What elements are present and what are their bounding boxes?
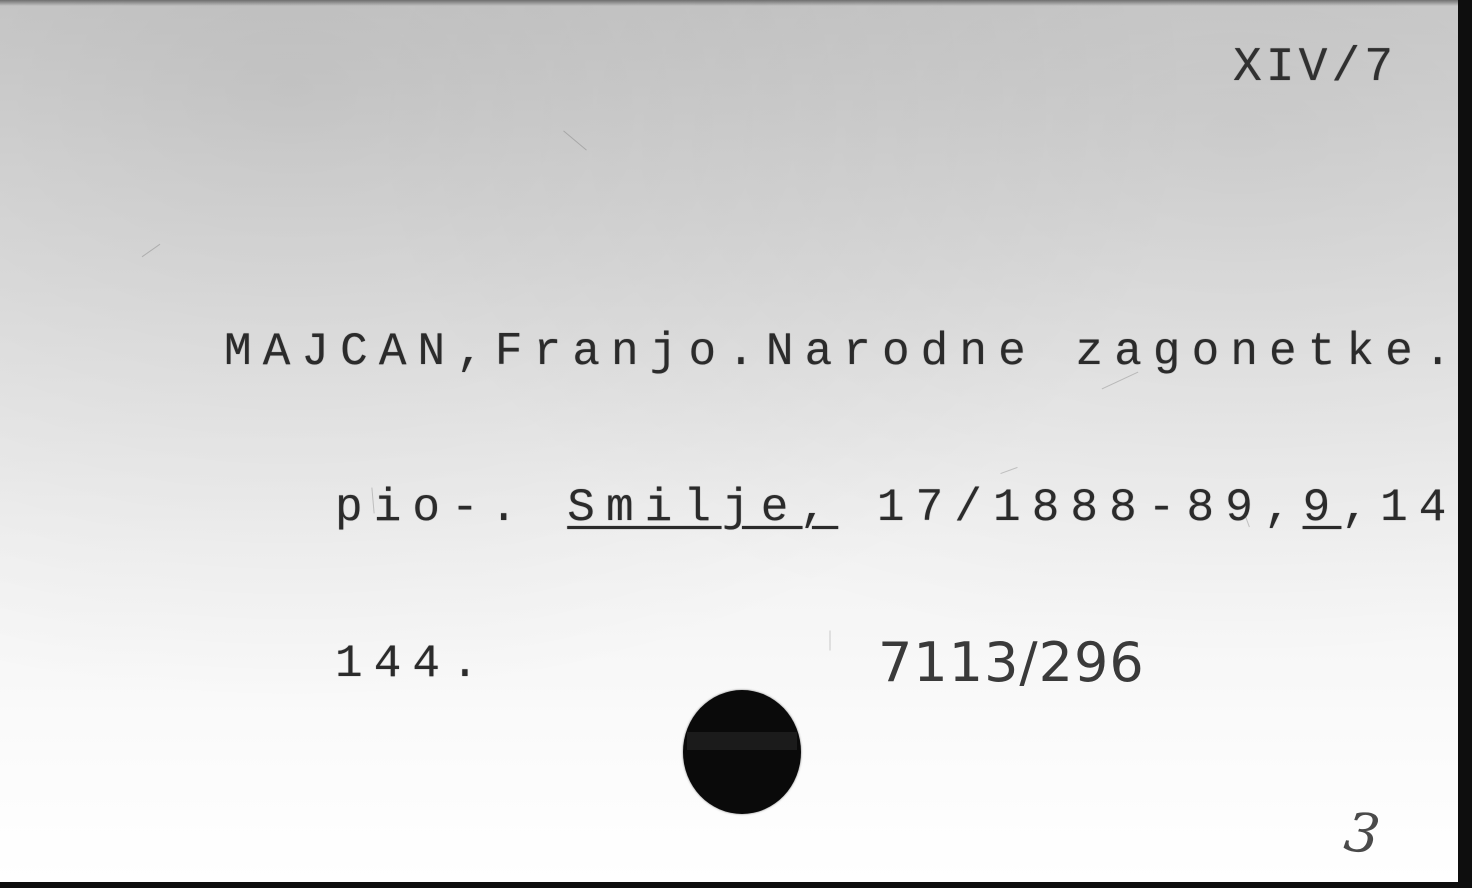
accession-number: 7113/296 [878, 636, 1145, 690]
paper-fleck [563, 130, 587, 150]
issue-number: 9 [1303, 482, 1342, 534]
paper-fleck [830, 631, 831, 651]
punch-hole-icon [683, 690, 801, 814]
catalog-card: XIV/7 MAJCAN,Franjo.Narodne zagonetke.Sa… [0, 0, 1458, 882]
paper-fleck [142, 244, 161, 257]
volume-year: 17/1888-89, [838, 482, 1302, 534]
entry-line-3: 144. [224, 638, 1458, 690]
bibliographic-entry: MAJCAN,Franjo.Narodne zagonetke.Saku- pi… [224, 222, 1458, 794]
handwritten-mark: 3 [1341, 800, 1384, 867]
entry-note: pio-. [335, 482, 567, 534]
journal-title: Smilje, [567, 482, 838, 534]
entry-line-2: pio-. Smilje, 17/1888-89,9,143- [224, 482, 1458, 534]
page-range-start: ,143- [1341, 482, 1458, 534]
entry-line-1: MAJCAN,Franjo.Narodne zagonetke.Saku- [224, 326, 1458, 378]
call-number: XIV/7 [1233, 44, 1397, 92]
